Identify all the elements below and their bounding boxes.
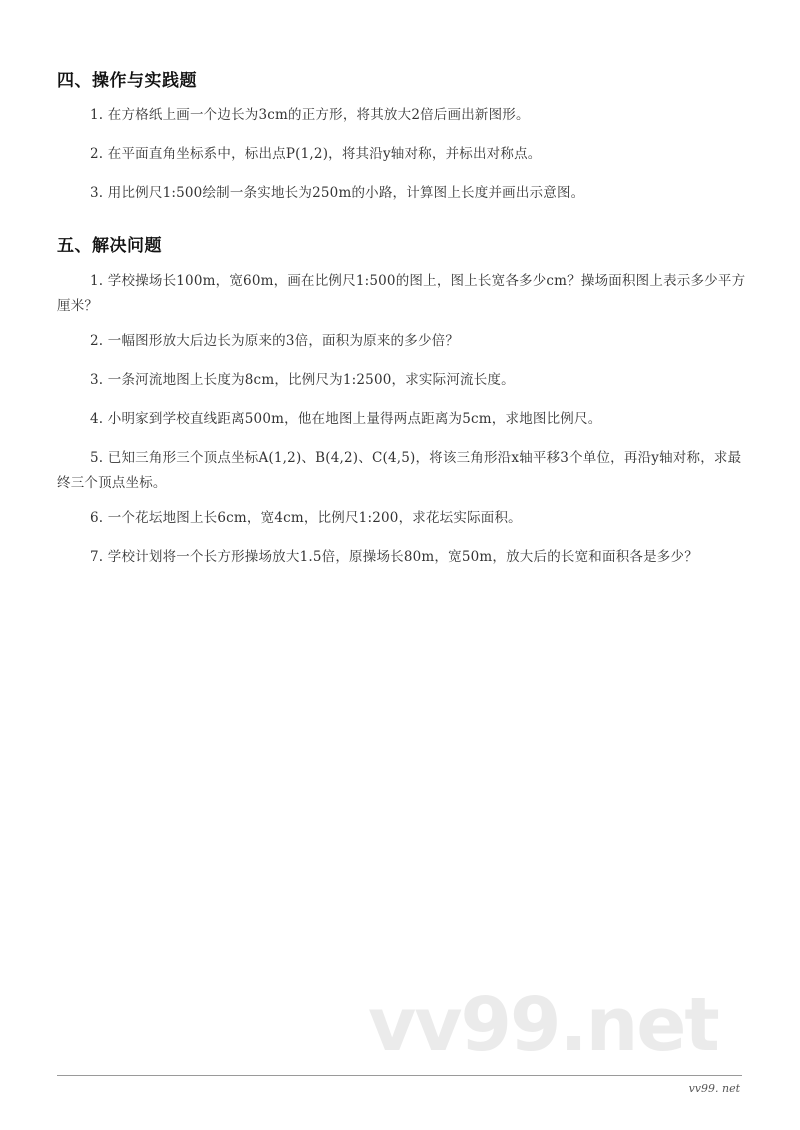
practice-question-2: 2. 在平面直角坐标系中，标出点P(1,2)，将其沿y轴对称，并标出对称点。	[57, 142, 747, 167]
problem-question-3: 3. 一条河流地图上长度为8cm，比例尺为1:2500，求实际河流长度。	[57, 368, 747, 393]
problem-question-1: 1. 学校操场长100m，宽60m，画在比例尺1:500的图上，图上长宽各多少c…	[57, 269, 747, 319]
problem-question-6: 6. 一个花坛地图上长6cm，宽4cm，比例尺1:200，求花坛实际面积。	[57, 506, 747, 531]
section-title-practice: 四、操作与实践题	[57, 66, 197, 91]
footer-divider	[57, 1075, 742, 1076]
practice-question-3: 3. 用比例尺1:500绘制一条实地长为250m的小路，计算图上长度并画出示意图…	[57, 181, 747, 206]
watermark: vv99.net	[368, 988, 718, 1062]
document-page: 四、操作与实践题 1. 在方格纸上画一个边长为3cm的正方形，将其放大2倍后画出…	[0, 0, 800, 1130]
practice-question-1: 1. 在方格纸上画一个边长为3cm的正方形，将其放大2倍后画出新图形。	[57, 103, 747, 128]
section-title-problems: 五、解决问题	[57, 231, 162, 256]
problem-question-5: 5. 已知三角形三个顶点坐标A(1,2)、B(4,2)、C(4,5)，将该三角形…	[57, 446, 747, 496]
problem-question-2: 2. 一幅图形放大后边长为原来的3倍，面积为原来的多少倍？	[57, 329, 747, 354]
problem-question-4: 4. 小明家到学校直线距离500m，他在地图上量得两点距离为5cm，求地图比例尺…	[57, 407, 747, 432]
problem-question-7: 7. 学校计划将一个长方形操场放大1.5倍，原操场长80m，宽50m，放大后的长…	[57, 545, 747, 570]
footer-site-label: vv99. net	[689, 1082, 740, 1095]
